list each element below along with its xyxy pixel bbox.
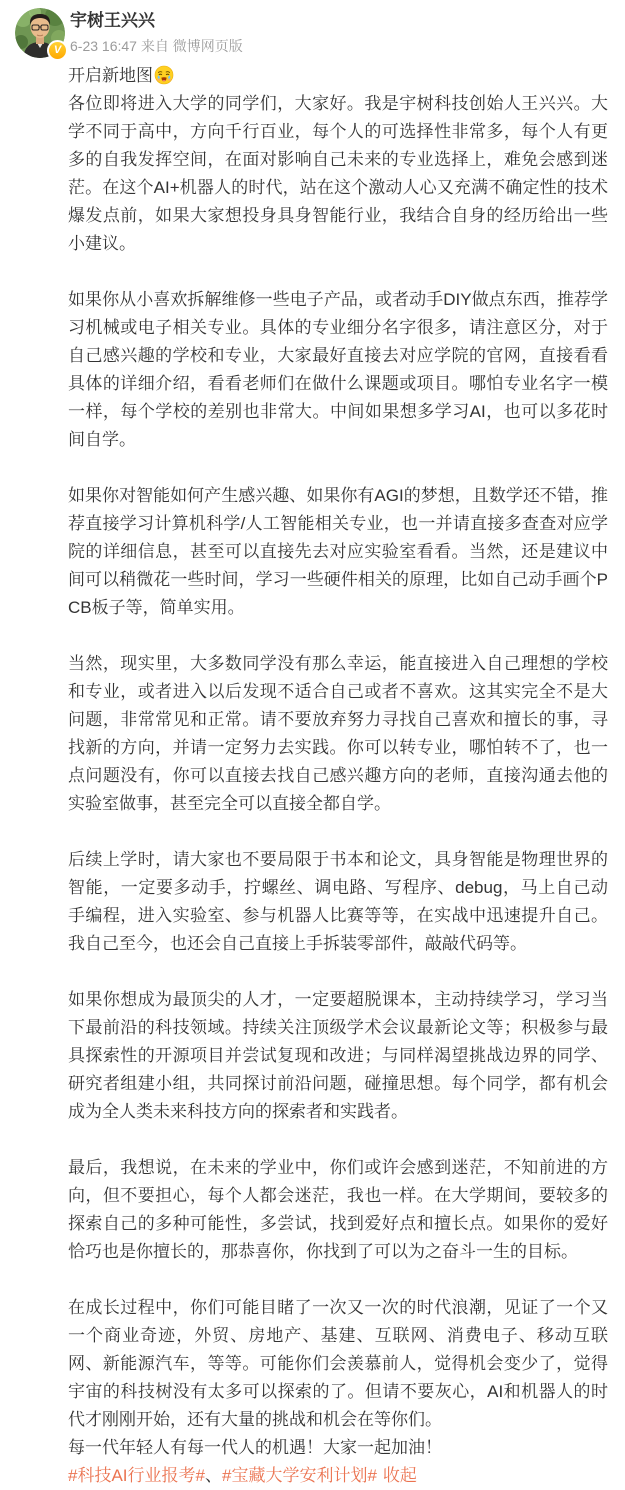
post-paragraph: 如果你想成为最顶尖的人才，一定要超脱课本，主动持续学习，学习当下最前沿的科技领域… [68,986,608,1126]
author-name[interactable]: 宇树王兴兴 [70,10,155,32]
avatar[interactable]: V [15,8,65,58]
tag-separator: 、 [205,1466,222,1485]
post-paragraph: 如果你对智能如何产生感兴趣、如果你有AGI的梦想，且数学还不错，推荐直接学习计算… [68,482,608,622]
post-paragraph: 最后，我想说，在未来的学业中，你们或许会感到迷茫，不知前进的方向，但不要担心，每… [68,1154,608,1266]
collapse-link[interactable]: 收起 [383,1466,417,1485]
post-closing-line: 每一代年轻人有每一代人的机遇！大家一起加油！ [68,1434,608,1462]
source-prefix: 来自 [141,38,169,54]
source-link[interactable]: 微博网页版 [173,38,243,54]
post-paragraph: 当然，现实里，大多数同学没有那么幸运，能直接进入自己理想的学校和专业，或者进入以… [68,650,608,818]
post-tags-line: #科技AI行业报考#、#宝藏大学安利计划#收起 [68,1462,608,1490]
post-body-text: 开启新地图 [68,62,608,1490]
post-timestamp[interactable]: 6-23 16:47 [70,38,137,54]
post-paragraph: 在成长过程中，你们可能目睹了一次又一次的时代浪潮，见证了一个又一个商业奇迹，外贸… [68,1294,608,1434]
hashtag-link[interactable]: #科技AI行业报考# [68,1466,205,1485]
hashtag-link[interactable]: #宝藏大学安利计划# [222,1466,377,1485]
post-paragraph: 各位即将进入大学的同学们，大家好。我是宇树科技创始人王兴兴。大学不同于高中，方向… [68,90,608,258]
post-first-line: 开启新地图 [68,62,608,90]
verified-v-badge-icon: V [47,40,68,61]
crying-tears-emoji-icon [154,65,174,85]
weibo-post-card: V 宇树王兴兴 6-23 16:47 来自 微博网页版 开启新地图 [0,0,625,1176]
post-paragraph: 后续上学时，请大家也不要局限于书本和论文，具身智能是物理世界的智能，一定要多动手… [68,846,608,958]
post-meta: 6-23 16:47 来自 微博网页版 [70,37,610,55]
post-paragraph: 如果你从小喜欢拆解维修一些电子产品，或者动手DIY做点东西，推荐学习机械或电子相… [68,286,608,454]
